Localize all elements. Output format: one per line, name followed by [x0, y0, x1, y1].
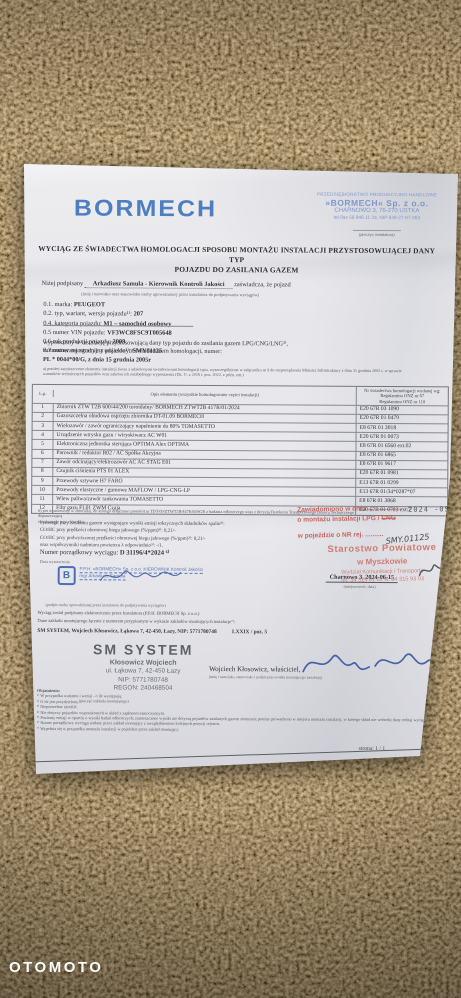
row-number: 9: [32, 477, 52, 485]
stamp-install-prefix: o montażu instalacji: [297, 515, 360, 523]
row-certificate: E8 67R 01 3018: [356, 424, 448, 433]
intro-caption: (imię i nazwisko oraz stanowisko osoby u…: [81, 291, 259, 297]
row-number: 6: [32, 449, 52, 457]
intro-suffix: zaświadcza, że pojazd: [234, 281, 291, 288]
field-label: 0.1. marka:: [43, 301, 72, 308]
row-number: 10: [32, 486, 52, 494]
vehicle-field: 0.4. kategoria pojazdu: M1 – samochód os…: [43, 320, 172, 328]
vehicle-field: 0.5 numer VIN pojazdu: VF3WC8FSC9T005648: [43, 329, 172, 337]
page-number: strona: 1 / 1: [359, 746, 386, 752]
explanations-block: Objaśnienia: ¹⁾ W przypadku wariantu i w…: [37, 688, 437, 733]
emissions-block: c) uwagi: przy zasilaniu gazem występują…: [40, 520, 340, 551]
row-certificate: E8 67R 01 6560 ext.02: [355, 442, 447, 451]
row-certificate: E20 67R 01 0981: [355, 470, 447, 479]
order-value: D 31196/4*2024 ⁶⁾: [120, 549, 169, 556]
field-label: 0.2. typ, wariant, wersja pojazdu¹⁾:: [43, 310, 132, 318]
bormech-stamp-icon: B: [58, 566, 76, 585]
owner-line: Wojciech Kłosowicz, właściciel,: [209, 665, 300, 674]
workshop-line: SM SYSTEM, Wojciech Kłosowicz, Łąkowa 7,…: [37, 628, 267, 635]
workshop-data: SM SYSTEM, Wojciech Kłosowicz, Łąkowa 7,…: [37, 628, 216, 635]
row-certificate: E20 67R 01 0073: [356, 433, 448, 442]
stamp-slash: /: [378, 515, 380, 522]
order-number-line: Numer porządkowy wyciągu: D 31196/4*2024…: [40, 548, 169, 557]
intro-line: Niżej podpisany Arkadiusz Samula - Kiero…: [41, 280, 441, 289]
header-certificate: Nr świadectwa homologacji wydanej wg: Re…: [356, 387, 448, 405]
installer-stamp: PRZEDSIĘBIORSTWO PRODUKCYJNO-HANDLOWE »B…: [302, 192, 452, 243]
header-cert-line-3: Regulaminu ONZ nr 110: [360, 398, 445, 404]
vehicle-field: 0.2. typ, wariant, wersja pojazdu¹⁾: 207: [43, 310, 172, 318]
field-value: PEUGEOT: [74, 301, 105, 308]
components-table: L.p. Opis elementu (wszystkie homologowa…: [31, 384, 449, 516]
title-line-1: WYCIĄG ZE ŚWIADECTWA HOMOLOGACJI SPOSOBU…: [32, 244, 442, 266]
row-certificate: E13 67R 01 0299: [355, 479, 447, 488]
installer-note-2: Dane zakładu montującego łącznie z numer…: [37, 618, 235, 625]
row-number: 5: [32, 440, 52, 448]
row-certificate: E8 67R 01 9617: [355, 461, 447, 470]
otomoto-watermark: OTOMOTO: [9, 959, 103, 976]
stamp-installation-line: o montażu instalacji LPG / CNG: [297, 512, 461, 525]
field-value: 207: [134, 311, 144, 318]
workshop-stamp-name: SM SYSTEM: [53, 640, 233, 659]
stamp-cng-struck: CNG: [381, 515, 396, 522]
row-certificate: E13 67R 01/34*0287*07: [355, 488, 447, 497]
row-number: 4: [33, 431, 53, 439]
stamp-caption: (pieczęć instalatora): [353, 230, 401, 237]
row-number: 7: [32, 459, 52, 467]
installer-note-1: Wyciąg został podpisany elektronicznie p…: [37, 610, 199, 616]
document-title: WYCIĄG ZE ŚWIADECTWA HOMOLOGACJI SPOSOBU…: [32, 244, 442, 276]
paraphe-mark: [416, 561, 446, 580]
starostwo-notification-stamp: Zawiadomiono w dniu ....................…: [297, 502, 461, 586]
row-number: 11: [32, 495, 52, 503]
vehicle-field: 0.1. marka: PEUGEOT: [43, 301, 172, 309]
document-photo: BORMECH PRZEDSIĘBIORSTWO PRODUKCYJNO-HAN…: [12, 158, 461, 780]
field-label: 0.5 numer VIN pojazdu:: [43, 329, 105, 336]
quality-manager-signature: [98, 564, 184, 589]
row-number: 1: [33, 404, 53, 412]
owner-signature: [299, 646, 439, 681]
row-number: 2: [33, 413, 53, 421]
installation-paragraph: wyposażony w instalację przystosowującą …: [43, 339, 443, 367]
header-lp: L.p.: [33, 390, 53, 397]
explanation-item: ⁷⁾ Wypełnia się w przypadku montażu inst…: [37, 726, 437, 734]
signatory-name: Arkadiusz Samula - Kierownik Kontroli Ja…: [85, 280, 233, 289]
signature-left-caption: (podpis osoby upoważnionej przez instala…: [46, 602, 166, 608]
bormech-logo: BORMECH: [74, 195, 217, 223]
stamp-line: »BORMECH« Sp. z o.o.: [302, 197, 452, 209]
certificate-paper: BORMECH PRZEDSIĘBIORSTWO PRODUKCYJNO-HAN…: [12, 158, 461, 780]
date-stamp: 2024 -05- 2 2: [408, 505, 461, 514]
workshop-register-index: LXXIX / poz. 5: [232, 629, 267, 635]
stamp-lpg: LPG: [362, 515, 376, 522]
date-issue-caption: Data wystawienia: [40, 559, 70, 564]
title-line-2: POJAZDU DO ZASILANIA GAZEM: [32, 264, 442, 276]
row-certificate: E20 67R 03 1090: [356, 406, 448, 415]
field-value: VF3WC8FSC9T005648: [107, 329, 172, 336]
row-number: 3: [33, 422, 53, 430]
stamp-reg-line: w pojeździe o NR rej. ..........: [298, 528, 461, 541]
row-certificate: E8 67R 01 6865: [355, 451, 447, 460]
header-description: Opis elementu (wszystkie homologowane cz…: [53, 390, 356, 399]
workshop-stamp: SM SYSTEM Kłosowicz Wojciech ul. Łąkowa …: [53, 640, 233, 693]
order-label: Numer porządkowy wyciągu:: [40, 549, 118, 556]
row-number: 8: [32, 468, 52, 476]
footnote-a: a) poniżej zamieszczono elementy instala…: [43, 366, 448, 379]
homologation-number: PL * 0044*00/G, z dnia 15 grudnia 2005r: [43, 356, 443, 367]
row-certificate: E20 67R 01 0479: [356, 415, 448, 424]
intro-prefix: Niżej podpisany: [41, 280, 83, 287]
